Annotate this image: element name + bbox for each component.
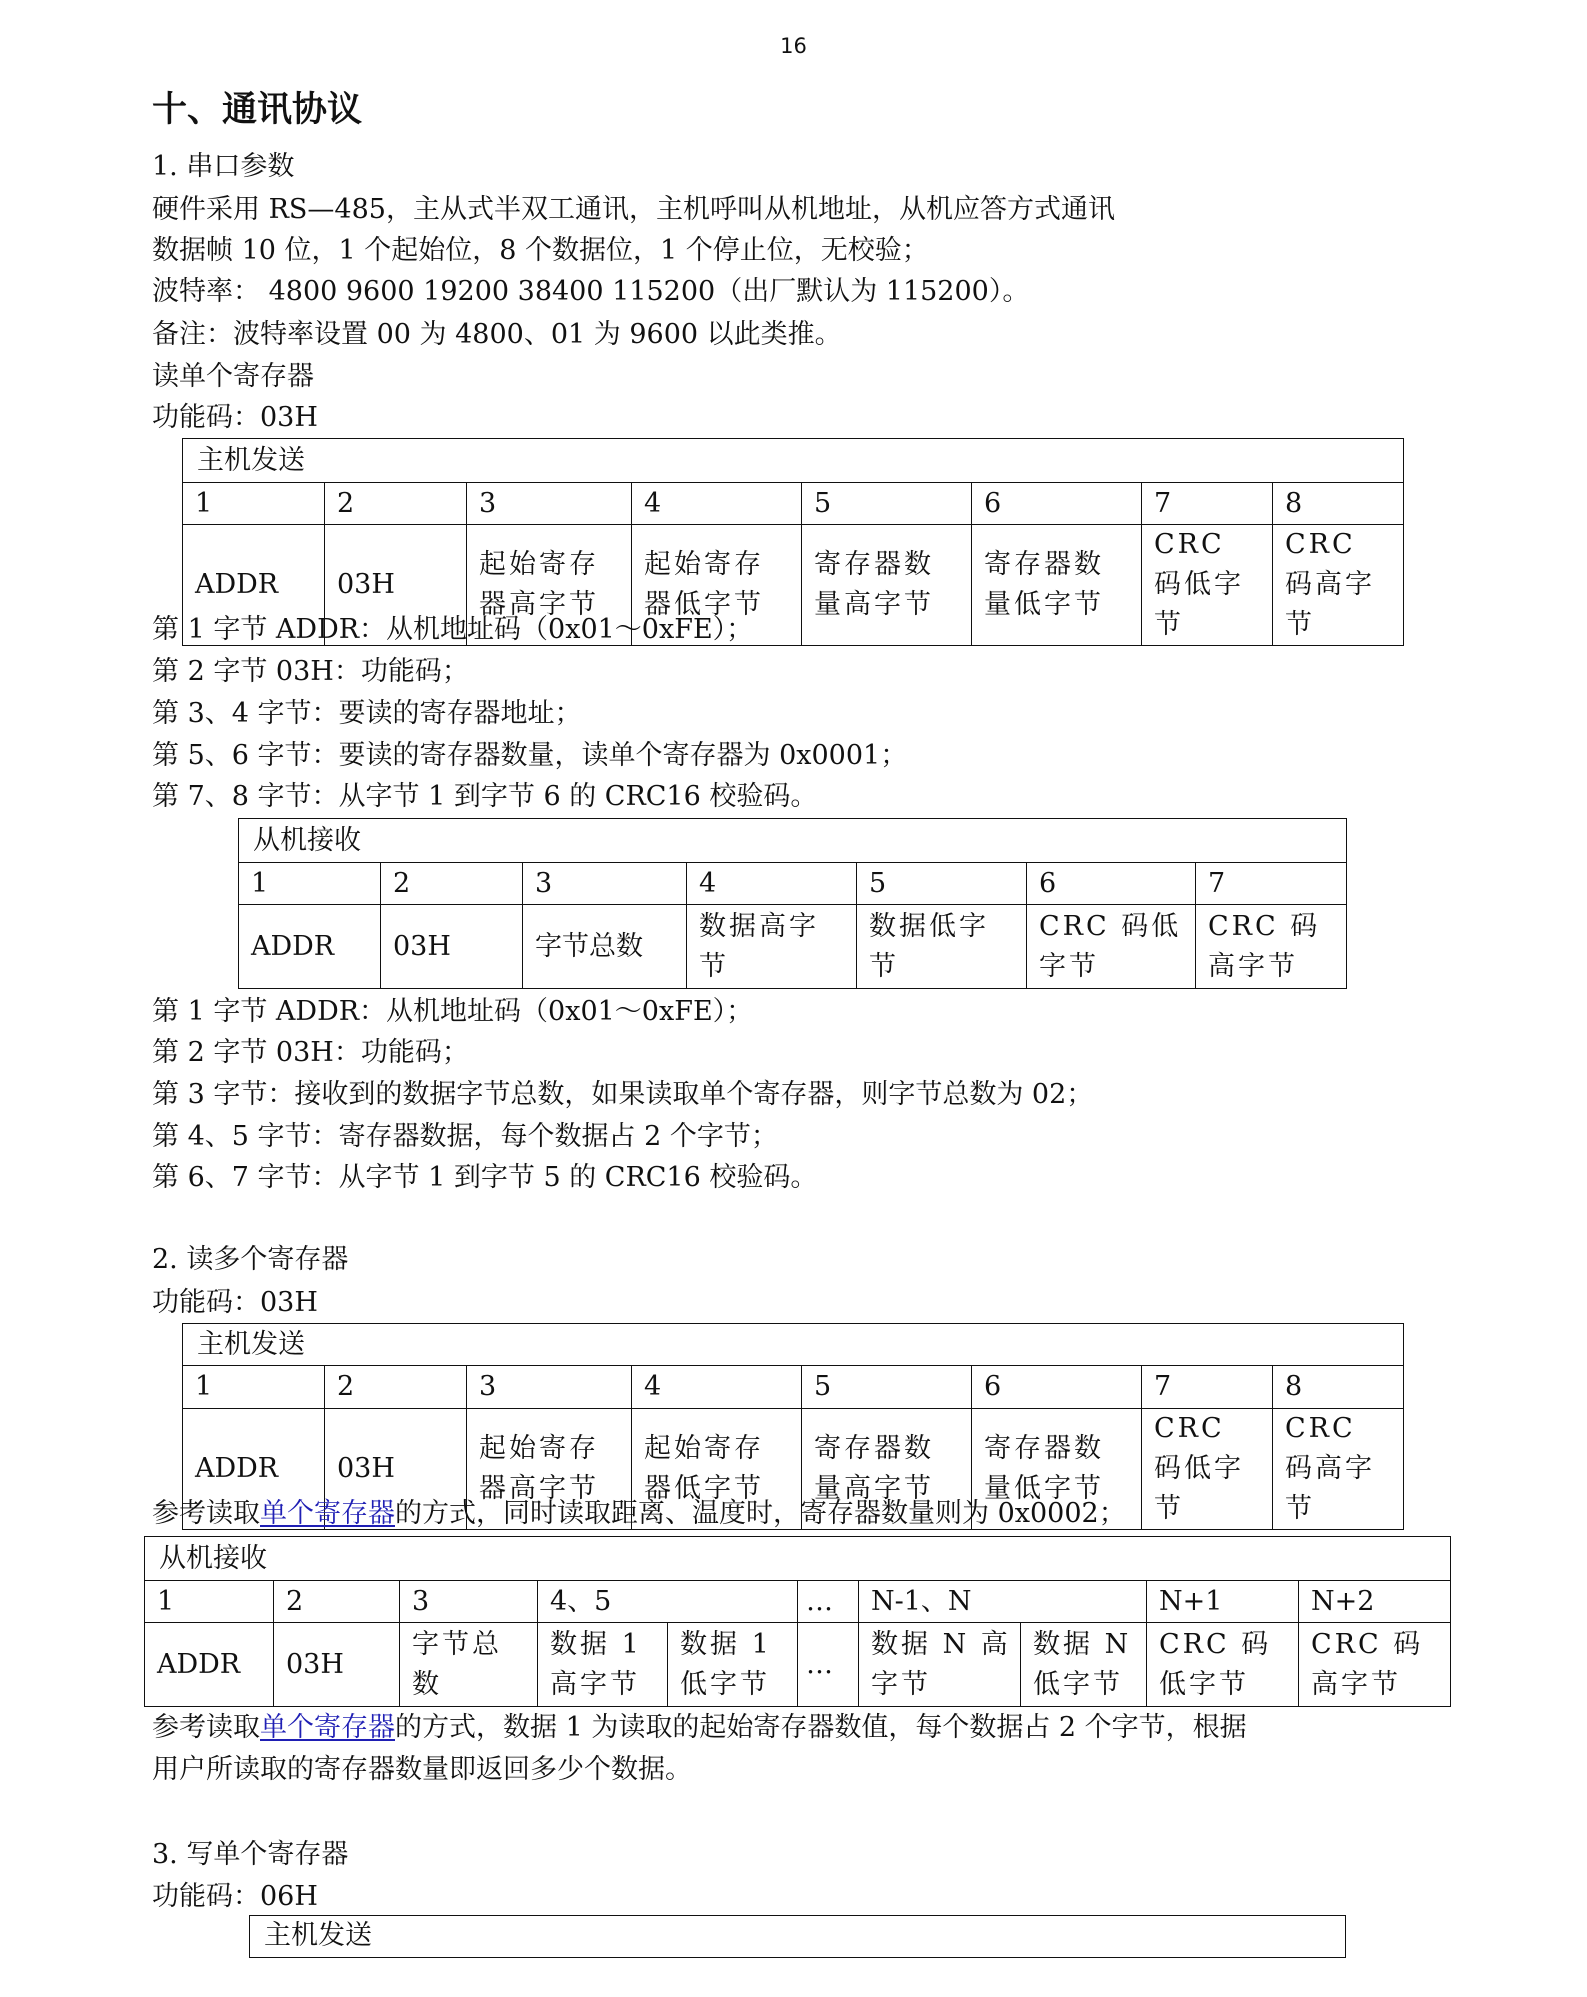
- single-register-link[interactable]: 单个寄存器: [260, 1498, 395, 1529]
- slave-receive-table-single: 从机接收 1 2 3 4 5 6 7 ADDR 03H 字节总数 数据高字节 数…: [238, 818, 1347, 989]
- byte-field: 字节总数: [523, 905, 687, 989]
- paragraph-line: 波特率： 4800 9600 19200 38400 115200（出厂默认为 …: [152, 275, 1029, 309]
- byte-field: 数据 N 低字节: [1021, 1623, 1147, 1707]
- byte-number: N+1: [1147, 1581, 1299, 1623]
- chapter-heading: 十、通讯协议: [152, 82, 362, 132]
- subsection-title: 读单个寄存器: [152, 360, 314, 394]
- byte-number: 3: [400, 1581, 538, 1623]
- byte-number: 1: [183, 1366, 325, 1409]
- byte-field: ADDR: [239, 905, 381, 989]
- byte-field: CRC 码高字节: [1273, 1409, 1404, 1530]
- byte-number: 4: [632, 483, 802, 525]
- byte-field: 寄存器数量高字节: [802, 525, 972, 646]
- reference-prefix: 参考读取: [152, 1498, 260, 1529]
- slave-receive-table-multi: 从机接收 1 2 3 4、5 … N-1、N N+1 N+2 ADDR 03H …: [144, 1536, 1451, 1707]
- byte-number: 1: [239, 863, 381, 905]
- paragraph-line: 硬件采用 RS—485，主从式半双工通讯，主机呼叫从机地址，从机应答方式通讯: [152, 193, 1115, 227]
- byte-number: 1: [145, 1581, 274, 1623]
- note-line: 第 5、6 字节：要读的寄存器数量，读单个寄存器为 0x0001；: [152, 739, 907, 773]
- byte-number: 2: [325, 1366, 467, 1409]
- table-title: 主机发送: [183, 1324, 1404, 1366]
- byte-number: 6: [972, 1366, 1142, 1409]
- page-number: 16: [0, 34, 1587, 58]
- note-line: 第 3、4 字节：要读的寄存器地址；: [152, 697, 582, 731]
- reference-suffix: 的方式，同时读取距离、温度时，寄存器数量则为 0x0002；: [395, 1498, 1126, 1529]
- byte-field: 数据高字节: [687, 905, 857, 989]
- note-line: 第 1 字节 ADDR：从机地址码（0x01～0xFE）；: [152, 613, 753, 647]
- byte-number: 4: [632, 1366, 802, 1409]
- byte-field: ADDR: [145, 1623, 274, 1707]
- byte-field: CRC 码高字节: [1273, 525, 1404, 646]
- single-register-link[interactable]: 单个寄存器: [260, 1712, 395, 1743]
- byte-number: N+2: [1299, 1581, 1451, 1623]
- function-code: 功能码：03H: [152, 1286, 318, 1320]
- byte-field: CRC 码低字节: [1142, 1409, 1273, 1530]
- note-line: 第 1 字节 ADDR：从机地址码（0x01～0xFE）；: [152, 995, 753, 1029]
- byte-field: 数据 1 高字节: [538, 1623, 668, 1707]
- byte-number: 2: [274, 1581, 400, 1623]
- byte-field: 寄存器数量低字节: [972, 525, 1142, 646]
- function-code: 功能码：06H: [152, 1880, 318, 1914]
- paragraph-line: 数据帧 10 位，1 个起始位，8 个数据位，1 个停止位，无校验；: [152, 234, 929, 268]
- byte-number: 1: [183, 483, 325, 525]
- byte-field: 03H: [381, 905, 523, 989]
- byte-number: 4: [687, 863, 857, 905]
- byte-field: CRC 码低字节: [1147, 1623, 1299, 1707]
- table-title: 从机接收: [145, 1537, 1451, 1581]
- paragraph-line: 用户所读取的寄存器数量即返回多少个数据。: [152, 1753, 692, 1787]
- byte-number: 4、5: [538, 1581, 798, 1623]
- byte-number: 3: [467, 1366, 632, 1409]
- byte-field: CRC 码高字节: [1299, 1623, 1451, 1707]
- byte-number: 3: [523, 863, 687, 905]
- paragraph-line: 参考读取单个寄存器的方式，数据 1 为读取的起始寄存器数值，每个数据占 2 个字…: [152, 1711, 1247, 1745]
- section-title-read-multiple: 2. 读多个寄存器: [152, 1243, 348, 1277]
- byte-field: 数据 1 低字节: [668, 1623, 798, 1707]
- table-title: 主机发送: [183, 439, 1404, 483]
- byte-number: N-1、N: [859, 1581, 1147, 1623]
- reference-suffix: 的方式，数据 1 为读取的起始寄存器数值，每个数据占 2 个字节，根据: [395, 1712, 1247, 1743]
- byte-number: 7: [1142, 483, 1273, 525]
- function-code: 功能码：03H: [152, 401, 318, 435]
- table-title: 从机接收: [239, 819, 1347, 863]
- paragraph-line: 备注：波特率设置 00 为 4800、01 为 9600 以此类推。: [152, 318, 842, 352]
- byte-number: 3: [467, 483, 632, 525]
- section-title-write-single: 3. 写单个寄存器: [152, 1838, 348, 1872]
- byte-field: CRC 码低字节: [1142, 525, 1273, 646]
- master-send-table-write: 主机发送: [249, 1915, 1346, 1958]
- byte-field: CRC 码高字节: [1196, 905, 1347, 989]
- byte-field: 数据 N 高字节: [859, 1623, 1021, 1707]
- note-line: 第 2 字节 03H：功能码；: [152, 655, 469, 689]
- byte-number: …: [798, 1581, 859, 1623]
- byte-number: 7: [1142, 1366, 1273, 1409]
- byte-field: 数据低字节: [857, 905, 1027, 989]
- note-line: 第 3 字节：接收到的数据字节总数，如果读取单个寄存器，则字节总数为 02；: [152, 1078, 1093, 1112]
- section-title-serial-params: 1. 串口参数: [152, 150, 294, 184]
- byte-number: 2: [381, 863, 523, 905]
- note-line: 第 7、8 字节：从字节 1 到字节 6 的 CRC16 校验码。: [152, 780, 817, 814]
- byte-number: 5: [802, 483, 972, 525]
- byte-number: 2: [325, 483, 467, 525]
- byte-number: 8: [1273, 1366, 1404, 1409]
- byte-number: 6: [1027, 863, 1196, 905]
- note-line: 第 6、7 字节：从字节 1 到字节 5 的 CRC16 校验码。: [152, 1161, 817, 1195]
- byte-field: CRC 码低字节: [1027, 905, 1196, 989]
- byte-field: …: [798, 1623, 859, 1707]
- reference-prefix: 参考读取: [152, 1712, 260, 1743]
- note-line: 第 2 字节 03H：功能码；: [152, 1036, 469, 1070]
- reference-note: 参考读取单个寄存器的方式，同时读取距离、温度时，寄存器数量则为 0x0002；: [152, 1497, 1126, 1531]
- byte-number: 5: [802, 1366, 972, 1409]
- byte-field: 字节总数: [400, 1623, 538, 1707]
- note-line: 第 4、5 字节：寄存器数据，每个数据占 2 个字节；: [152, 1120, 778, 1154]
- byte-number: 8: [1273, 483, 1404, 525]
- byte-number: 5: [857, 863, 1027, 905]
- byte-number: 7: [1196, 863, 1347, 905]
- byte-field: 03H: [274, 1623, 400, 1707]
- byte-number: 6: [972, 483, 1142, 525]
